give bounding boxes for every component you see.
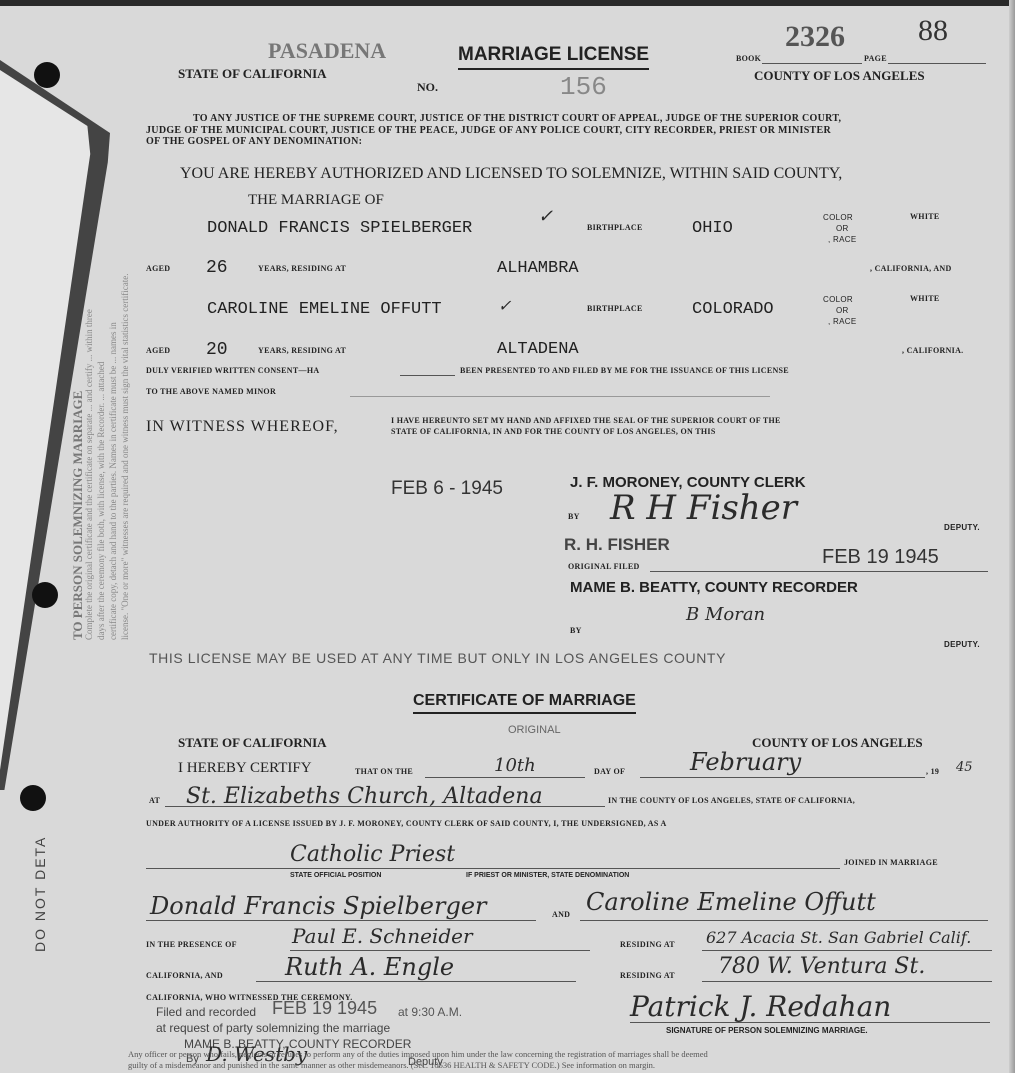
punch-hole (34, 62, 60, 88)
bride-name: CAROLINE EMELINE OFFUTT (207, 300, 442, 319)
recorded-date: FEB 19 1945 (272, 998, 377, 1019)
original-label: ORIGINAL (508, 724, 561, 736)
witness-whereof-label: IN WITNESS WHEREOF, (146, 418, 339, 436)
groom-state-suffix: , CALIFORNIA, AND (870, 264, 952, 273)
margin-instruction-2: days after the ceremony file both, with … (96, 362, 106, 640)
clerk-by-label: BY (568, 512, 580, 521)
groom-residence: ALHAMBRA (497, 259, 579, 278)
pasadena-stamp: PASADENA (268, 38, 386, 64)
clerk-deputy-label: DEPUTY. (944, 523, 980, 532)
original-filed-date: FEB 19 1945 (822, 546, 939, 569)
or-label: OR (836, 306, 849, 315)
punch-hole (20, 785, 46, 811)
day-of-label: DAY OF (594, 767, 625, 776)
witness-text-1: I HAVE HEREUNTO SET MY HAND AND AFFIXED … (391, 416, 781, 425)
license-number-label: NO. (417, 80, 438, 95)
license-number: 156 (560, 72, 607, 102)
color-label: COLOR (823, 213, 853, 222)
do-not-detach-label: DO NOT DETA (32, 836, 48, 952)
recorder-deputy-signature: B Moran (686, 604, 765, 625)
consent-line-1b: BEEN PRESENTED TO AND FILED BY ME FOR TH… (460, 366, 789, 375)
deputy-name-stamp: R. H. FISHER (564, 535, 670, 555)
and-label: AND (552, 910, 570, 919)
certificate-state-label: STATE OF CALIFORNIA (178, 735, 327, 751)
bride-race: WHITE (910, 294, 940, 303)
color-label: COLOR (823, 295, 853, 304)
footer-line-2: guilty of a misdemeanor and punished in … (128, 1060, 655, 1070)
officiant-position: Catholic Priest (290, 842, 455, 867)
request-party-label: at request of party solemnizing the marr… (156, 1021, 390, 1035)
witness-1-address: 627 Acacia St. San Gabriel Calif. (706, 928, 971, 947)
document-page: TO PERSON SOLEMNIZING MARRIAGE Complete … (0, 0, 1015, 1073)
bride-age: 20 (206, 340, 228, 360)
addressee-line-1: TO ANY JUSTICE OF THE SUPREME COURT, JUS… (193, 113, 841, 124)
book-label: BOOK (736, 54, 761, 63)
groom-residing-label: YEARS, RESIDING AT (258, 264, 346, 273)
county-state-text: IN THE COUNTY OF LOS ANGELES, STATE OF C… (608, 796, 855, 805)
filed-recorded-label: Filed and recorded (156, 1005, 256, 1019)
officiant-signature: Patrick J. Redahan (630, 990, 891, 1023)
page-label: PAGE (864, 54, 887, 63)
bride-signature: Caroline Emeline Offutt (586, 888, 876, 916)
race-label: , RACE (828, 235, 856, 244)
position-caption: STATE OFFICIAL POSITION (290, 872, 381, 879)
license-usage-notice: THIS LICENSE MAY BE USED AT ANY TIME BUT… (149, 650, 726, 666)
ceremony-day: 10th (494, 755, 536, 776)
groom-check-mark: ✓ (538, 206, 553, 227)
certify-lead: I HEREBY CERTIFY (178, 760, 312, 777)
authority-text: UNDER AUTHORITY OF A LICENSE ISSUED BY J… (146, 819, 667, 828)
certificate-title: CERTIFICATE OF MARRIAGE (413, 692, 636, 714)
ceremony-month: February (690, 748, 801, 776)
bride-aged-label: AGED (146, 346, 170, 355)
bride-residing-label: YEARS, RESIDING AT (258, 346, 346, 355)
groom-birthplace: OHIO (692, 219, 733, 238)
recorder-deputy-label: DEPUTY. (944, 640, 980, 649)
bride-residence: ALTADENA (497, 340, 579, 359)
joined-in-marriage-label: JOINED IN MARRIAGE (844, 858, 938, 867)
witness-text-2: STATE OF CALIFORNIA, IN AND FOR THE COUN… (391, 427, 716, 436)
clerk-deputy-signature: R H Fisher (610, 488, 797, 528)
witness-2-residing-label: RESIDING AT (620, 971, 675, 980)
punch-hole (32, 582, 58, 608)
race-label: , RACE (828, 317, 856, 326)
margin-instruction-1: Complete the original certificate and th… (84, 309, 94, 640)
bride-check-mark: ✓ (498, 296, 511, 315)
margin-instruction-3: certificate copy, detach and hand to the… (108, 322, 118, 640)
book-number: 2326 (785, 20, 845, 54)
bride-birthplace-label: BIRTHPLACE (587, 304, 643, 313)
consent-line-1a: DULY VERIFIED WRITTEN CONSENT—HA (146, 366, 319, 375)
witness-1-residing-label: RESIDING AT (620, 940, 675, 949)
groom-signature: Donald Francis Spielberger (150, 892, 487, 920)
witness-2-address: 780 W. Ventura St. (718, 954, 925, 979)
scan-top-edge (0, 0, 1015, 6)
margin-instruction-4: license. "One or more" witnesses are req… (120, 274, 130, 641)
california-and-label: CALIFORNIA, AND (146, 971, 223, 980)
groom-aged-label: AGED (146, 264, 170, 273)
recorded-time: at 9:30 A.M. (398, 1005, 462, 1019)
that-on-label: THAT ON THE (355, 767, 413, 776)
county-label: COUNTY OF LOS ANGELES (754, 68, 925, 84)
presence-label: IN THE PRESENCE OF (146, 940, 237, 949)
county-recorder: MAME B. BEATTY, COUNTY RECORDER (570, 579, 858, 596)
license-title: MARRIAGE LICENSE (458, 44, 649, 70)
authorization-text: YOU ARE HEREBY AUTHORIZED AND LICENSED T… (180, 165, 842, 183)
bride-birthplace: COLORADO (692, 300, 774, 319)
original-filed-label: ORIGINAL FILED (568, 562, 640, 571)
groom-name: DONALD FRANCIS SPIELBERGER (207, 219, 472, 238)
ceremony-place: St. Elizabeths Church, Altadena (186, 784, 543, 809)
groom-age: 26 (206, 258, 228, 278)
witness-1-signature: Paul E. Schneider (292, 924, 473, 948)
at-label: AT (149, 796, 160, 805)
ceremony-year: 45 (956, 760, 973, 775)
addressee-line-3: OF THE GOSPEL OF ANY DENOMINATION: (146, 136, 362, 147)
state-label: STATE OF CALIFORNIA (178, 66, 327, 82)
witness-2-signature: Ruth A. Engle (285, 953, 454, 981)
officiant-caption: SIGNATURE OF PERSON SOLEMNIZING MARRIAGE… (666, 1026, 868, 1035)
scan-right-edge (1009, 0, 1015, 1073)
issue-date-stamp: FEB 6 - 1945 (391, 478, 503, 500)
groom-race: WHITE (910, 212, 940, 221)
consent-line-2: TO THE ABOVE NAMED MINOR (146, 387, 276, 396)
bride-state-suffix: , CALIFORNIA. (902, 346, 963, 355)
footer-line-1: Any officer or person who fails, neglect… (128, 1049, 708, 1059)
or-label: OR (836, 224, 849, 233)
marriage-of-label: THE MARRIAGE OF (248, 192, 384, 209)
addressee-line-2: JUDGE OF THE MUNICIPAL COURT, JUSTICE OF… (146, 125, 831, 136)
groom-birthplace-label: BIRTHPLACE (587, 223, 643, 232)
page-number: 88 (918, 14, 948, 48)
denomination-caption: IF PRIEST OR MINISTER, STATE DENOMINATIO… (466, 872, 629, 879)
recorder-by-label: BY (570, 626, 582, 635)
year-prefix: , 19 (926, 767, 939, 776)
